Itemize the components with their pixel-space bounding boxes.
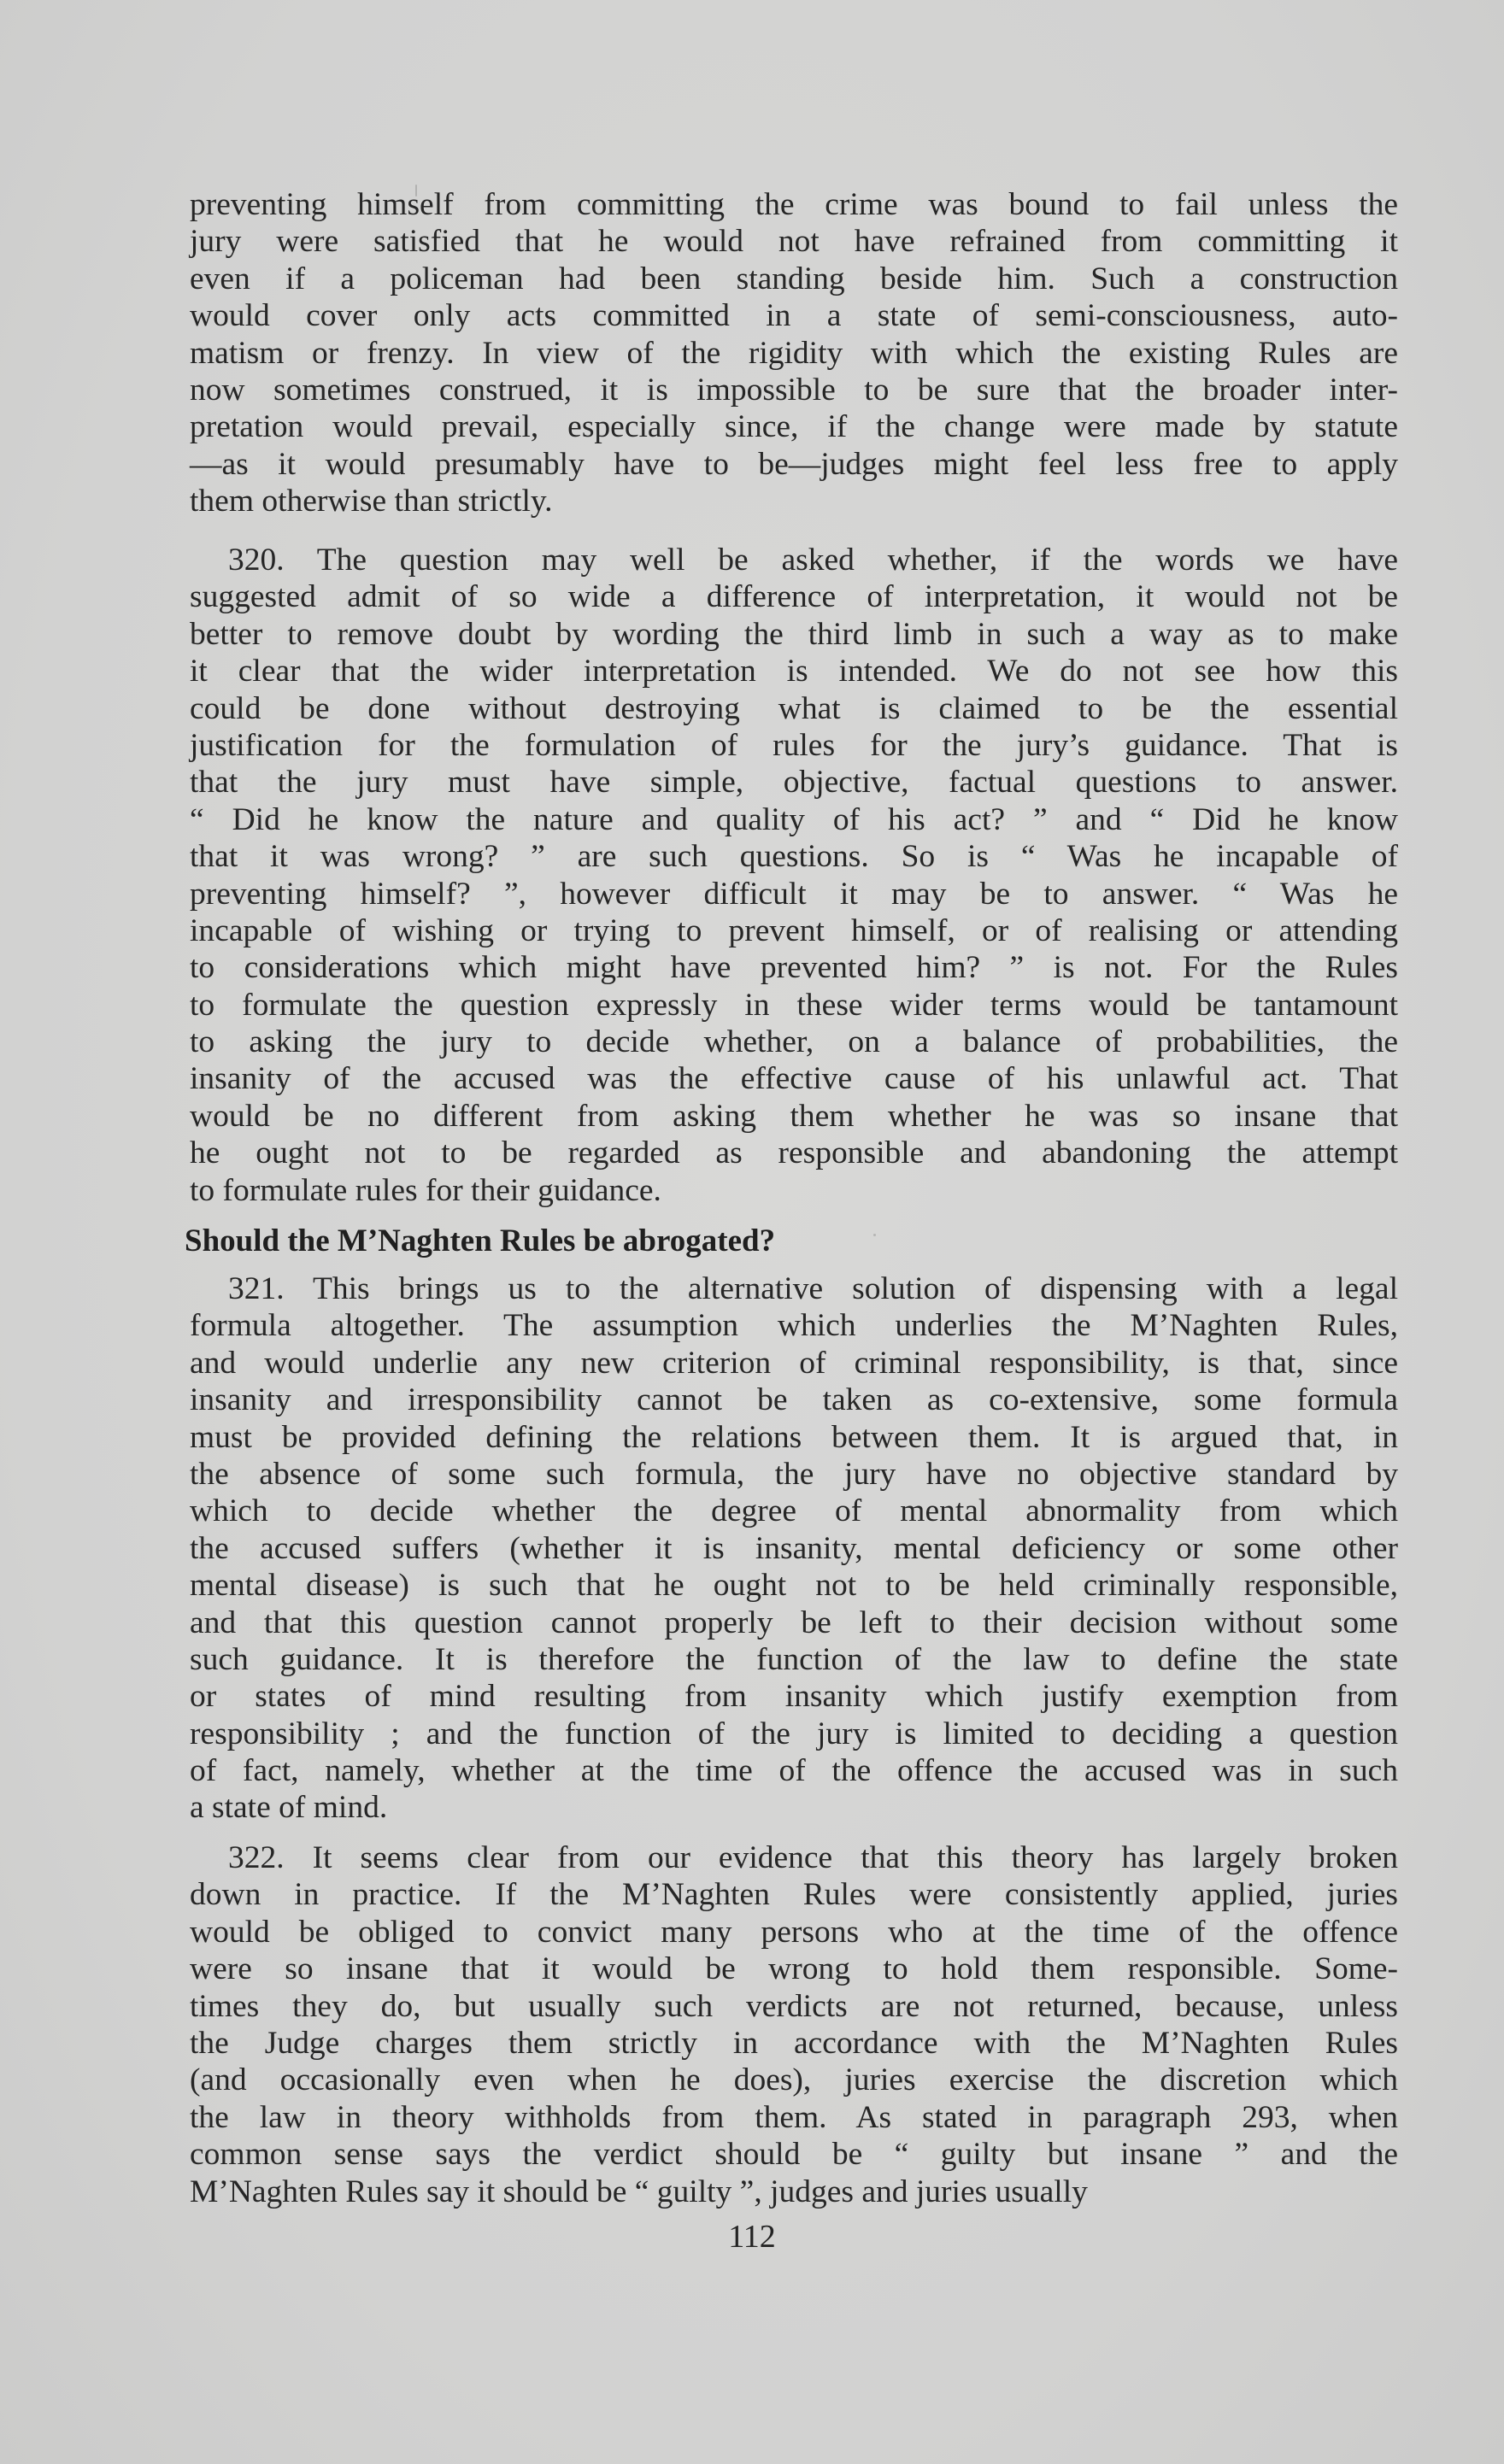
text-line: would be obliged to convict many persons… bbox=[190, 1914, 1398, 1951]
text-line: (and occasionally even when he does), ju… bbox=[190, 2062, 1398, 2098]
text-line: a state of mind. bbox=[190, 1789, 1398, 1826]
text-line: to formulate the question expressly in t… bbox=[190, 987, 1398, 1024]
text-line: common sense says the verdict should be … bbox=[190, 2136, 1398, 2173]
text-line: were so insane that it would be wrong to… bbox=[190, 1951, 1398, 1987]
text-line: times they do, but usually such verdicts… bbox=[190, 1988, 1398, 2025]
text-line: preventing himself from committing the c… bbox=[190, 186, 1398, 223]
text-line: mental disease) is such that he ought no… bbox=[190, 1567, 1398, 1604]
text-line: and that this question cannot properly b… bbox=[190, 1605, 1398, 1641]
section-heading: Should the M’Naghten Rules be abrogated? bbox=[185, 1223, 775, 1260]
text-line: would cover only acts committed in a sta… bbox=[190, 297, 1398, 334]
paper-speck bbox=[873, 1234, 876, 1236]
text-line: the accused suffers (whether it is insan… bbox=[190, 1530, 1398, 1567]
text-line: 322. It seems clear from our evidence th… bbox=[190, 1839, 1398, 1876]
text-line: the law in theory withholds from them. A… bbox=[190, 2099, 1398, 2136]
text-line: preventing himself? ”, however difficult… bbox=[190, 876, 1398, 912]
text-line: insanity of the accused was the effectiv… bbox=[190, 1060, 1398, 1097]
text-line: would be no different from asking them w… bbox=[190, 1098, 1398, 1135]
text-line: to asking the jury to decide whether, on… bbox=[190, 1024, 1398, 1060]
text-line: to considerations which might have preve… bbox=[190, 949, 1398, 986]
text-line: responsibility ; and the function of the… bbox=[190, 1716, 1398, 1752]
text-line: or states of mind resulting from insanit… bbox=[190, 1678, 1398, 1715]
text-line: of fact, namely, whether at the time of … bbox=[190, 1752, 1398, 1789]
text-line: and would underlie any new criterion of … bbox=[190, 1345, 1398, 1382]
paragraph-322: 322. It seems clear from our evidence th… bbox=[190, 1839, 1398, 2210]
text-line: that it was wrong? ” are such questions.… bbox=[190, 838, 1398, 875]
text-line: could be done without destroying what is… bbox=[190, 690, 1398, 727]
page-number: 112 bbox=[0, 2218, 1504, 2256]
text-line: such guidance. It is therefore the funct… bbox=[190, 1641, 1398, 1678]
paragraph-320: 320. The question may well be asked whet… bbox=[190, 542, 1398, 1209]
text-line: must be provided defining the relations … bbox=[190, 1419, 1398, 1456]
text-line: —as it would presumably have to be—judge… bbox=[190, 446, 1398, 483]
text-line: them otherwise than strictly. bbox=[190, 483, 1398, 519]
text-line: he ought not to be regarded as responsib… bbox=[190, 1135, 1398, 1171]
text-line: now sometimes construed, it is impossibl… bbox=[190, 372, 1398, 408]
document-page: preventing himself from committing the c… bbox=[0, 0, 1504, 2464]
text-line: to formulate rules for their guidance. bbox=[190, 1172, 1398, 1209]
text-line: the absence of some such formula, the ju… bbox=[190, 1456, 1398, 1493]
text-line: “ Did he know the nature and quality of … bbox=[190, 801, 1398, 838]
paragraph-321: 321. This brings us to the alternative s… bbox=[190, 1270, 1398, 1827]
text-line: insanity and irresponsibility cannot be … bbox=[190, 1382, 1398, 1418]
text-line: better to remove doubt by wording the th… bbox=[190, 616, 1398, 653]
text-line: down in practice. If the M’Naghten Rules… bbox=[190, 1876, 1398, 1913]
text-line: the Judge charges them strictly in accor… bbox=[190, 2025, 1398, 2062]
text-line: pretation would prevail, especially sinc… bbox=[190, 408, 1398, 445]
paragraph-continued: preventing himself from committing the c… bbox=[190, 186, 1398, 520]
text-line: formula altogether. The assumption which… bbox=[190, 1307, 1398, 1344]
text-line: matism or frenzy. In view of the rigidit… bbox=[190, 335, 1398, 372]
text-line: M’Naghten Rules say it should be “ guilt… bbox=[190, 2174, 1398, 2210]
text-line: it clear that the wider interpretation i… bbox=[190, 653, 1398, 689]
text-line: that the jury must have simple, objectiv… bbox=[190, 764, 1398, 801]
text-line: which to decide whether the degree of me… bbox=[190, 1493, 1398, 1529]
text-line: even if a policeman had been standing be… bbox=[190, 261, 1398, 297]
text-line: 321. This brings us to the alternative s… bbox=[190, 1270, 1398, 1307]
text-line: suggested admit of so wide a difference … bbox=[190, 578, 1398, 615]
text-line: jury were satisfied that he would not ha… bbox=[190, 223, 1398, 260]
text-line: incapable of wishing or trying to preven… bbox=[190, 912, 1398, 949]
text-line: justification for the formulation of rul… bbox=[190, 727, 1398, 764]
text-line: 320. The question may well be asked whet… bbox=[190, 542, 1398, 578]
